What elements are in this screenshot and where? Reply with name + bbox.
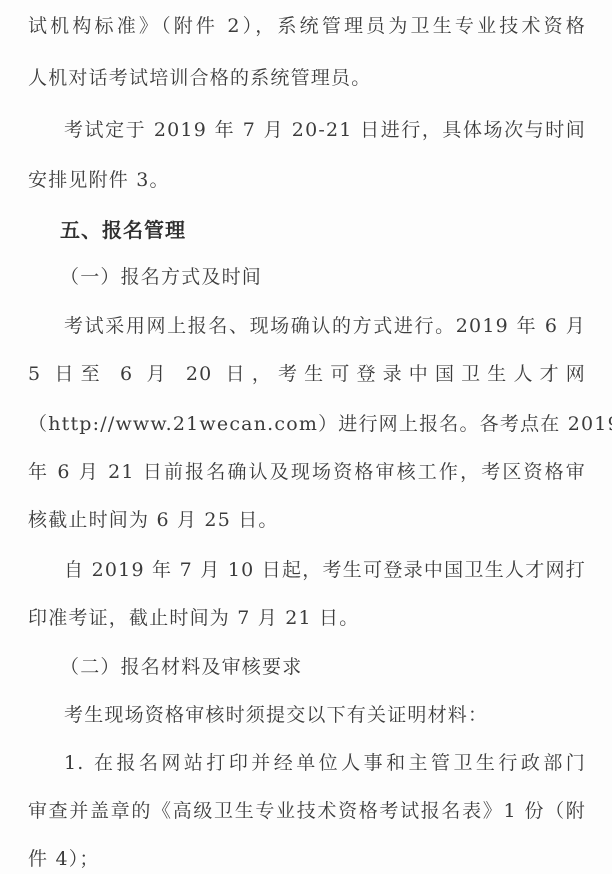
text-line: 5 日至 6 月 20 日，考生可登录中国卫生人才网 (28, 362, 586, 386)
text-line: 印准考证，截止时间为 7 月 21 日。 (28, 606, 586, 630)
text-line: 考生现场资格审核时须提交以下有关证明材料： (64, 703, 586, 727)
list-item-continuation: 审查并盖章的《高级卫生专业技术资格考试报名表》1 份（附 (28, 799, 586, 823)
text-line: 核截止时间为 6 月 25 日。 (28, 508, 586, 532)
document-page: 试机构标准》（附件 2），系统管理员为卫生专业技术资格 人机对话考试培训合格的系… (0, 0, 612, 874)
list-item-continuation: 件 4）； (28, 847, 586, 871)
text-line: （http://www.21wecan.com）进行网上报名。各考点在 2019 (28, 412, 586, 436)
text-line: 自 2019 年 7 月 10 日起，考生可登录中国卫生人才网打 (64, 558, 586, 582)
text-line: 试机构标准》（附件 2），系统管理员为卫生专业技术资格 (28, 14, 586, 38)
subsection-heading: （一）报名方式及时间 (60, 265, 612, 289)
subsection-heading: （二）报名材料及审核要求 (60, 655, 612, 679)
text-line: 安排见附件 3。 (28, 168, 586, 192)
list-item: 1. 在报名网站打印并经单位人事和主管卫生行政部门 (64, 751, 586, 775)
text-line: 考试采用网上报名、现场确认的方式进行。2019 年 6 月 (64, 314, 586, 338)
text-line: 年 6 月 21 日前报名确认及现场资格审核工作，考区资格审 (28, 460, 586, 484)
section-heading: 五、报名管理 (60, 218, 612, 242)
text-line: 考试定于 2019 年 7 月 20-21 日进行，具体场次与时间 (64, 118, 586, 142)
text-line: 人机对话考试培训合格的系统管理员。 (28, 66, 586, 90)
